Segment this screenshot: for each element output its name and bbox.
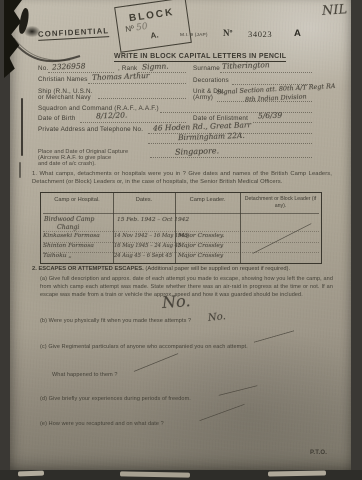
field-enlist-line	[253, 122, 312, 123]
field-address-label: Private Address and Telephone No.	[38, 126, 143, 133]
handwritten-slash-detachment	[252, 223, 311, 254]
table-row-dates: 16 May 1945 – 24 Aug 45	[114, 243, 181, 249]
stamp-word: BLOCK	[128, 7, 175, 24]
field-decorations-label: Decorations	[193, 77, 229, 84]
table-row-camp: Birdwood Camp	[44, 216, 94, 223]
field-capture-value: Singapore.	[175, 146, 219, 157]
handwritten-nil-note: NIL	[322, 2, 348, 19]
pto-note: P.T.O.	[310, 450, 327, 456]
field-no-value: 2326958	[52, 61, 86, 71]
field-address-value-line2: Birmingham 22A.	[178, 131, 245, 142]
table-header-camp: Camp or Hospital.	[41, 197, 113, 204]
binding-crease-mark	[21, 98, 23, 156]
section-2-heading-note: (Additional paper will be supplied on re…	[145, 266, 290, 272]
table-row-camp-line2: Changi	[57, 224, 79, 231]
table-row-camp: Kinkaseki Formosa	[43, 233, 100, 239]
field-ship-line	[98, 98, 186, 99]
field-enlist-value: 5/6/39	[258, 111, 282, 121]
table-row-camp: Shinton Formosa	[43, 243, 94, 249]
field-dob-value: 8/12/20.	[96, 110, 128, 120]
table-header-detachment: Detachment or Block Leader (if any).	[242, 196, 319, 209]
stamp-block-letter: A.	[150, 30, 159, 40]
scanned-document: NIL BLOCK Nº 50 A. CONFIDENTIAL M.I. 9 (…	[0, 0, 362, 480]
question-2d-text: (d) Give briefly your experiences during…	[40, 396, 240, 404]
binding-crease-mark	[19, 162, 21, 178]
table-row-leader: Major Crossley	[178, 253, 223, 259]
field-christian-label: Christian Names	[38, 76, 88, 83]
field-christian-value: Thomas Arthur	[92, 71, 150, 82]
question-2c2-text: What happened to them ?	[52, 372, 172, 380]
table-row-camp: Taihoku „	[43, 253, 72, 259]
table-row-leader: Major Crossley.	[178, 233, 224, 239]
field-no-label: No.	[38, 65, 48, 72]
ref-number: 34023	[248, 29, 272, 39]
field-ship-label-line2: or Merchant Navy	[38, 94, 91, 101]
camps-table: Camp or Hospital. Dates. Camp Leader. De…	[40, 192, 322, 264]
ref-no-label: Nº	[223, 28, 232, 38]
field-unit-label-line2: (Army)	[193, 94, 213, 101]
field-capture-line	[150, 157, 312, 158]
section-2-heading: 2. ESCAPES OR ATTEMPTED ESCAPES.	[32, 266, 144, 272]
table-row-dates: 24 Aug 45 – 6 Sept 45	[114, 253, 172, 259]
question-2c-text: (c) Give Regimental particulars of anyon…	[40, 344, 260, 352]
table-row-dates: 14 Nov 1942 – 16 May 1945	[114, 233, 188, 239]
stamp-no-label: Nº 50	[125, 22, 149, 35]
stamp-number: 50	[136, 22, 149, 33]
table-header-leader: Camp Leader.	[175, 197, 240, 204]
section-2-heading-row: 2. ESCAPES OR ATTEMPTED ESCAPES. (Additi…	[32, 266, 337, 272]
table-row-divider	[43, 231, 319, 232]
ref-department: M.I. 9 (JAP)	[180, 33, 208, 38]
field-christian-line	[88, 83, 186, 84]
answer-2a-no: No.	[161, 291, 191, 312]
question-1-text: 1. What camps, detachments or hospitals …	[32, 170, 332, 187]
answer-2b: No.	[207, 311, 226, 324]
table-header-dates: Dates.	[113, 197, 175, 204]
field-squadron-line	[160, 112, 312, 113]
torn-bottom-fragment	[18, 471, 44, 477]
table-header-divider	[43, 213, 319, 214]
field-rank-value: Sigmn.	[142, 62, 169, 72]
block-number-stamp: BLOCK Nº 50 A.	[114, 0, 192, 53]
ref-suffix: A	[294, 28, 301, 39]
torn-bottom-fragment	[268, 470, 326, 476]
field-address-line2	[148, 143, 312, 144]
field-surname-line	[220, 72, 312, 73]
field-capture-label-line3: and date of a/c crash).	[38, 161, 96, 167]
table-row-leader: Major Crossley	[178, 243, 223, 249]
field-unit-line	[217, 101, 312, 102]
table-row-dates: 15 Feb. 1942 – Oct 1942	[117, 217, 189, 223]
paper-page: NIL BLOCK Nº 50 A. CONFIDENTIAL M.I. 9 (…	[10, 0, 351, 470]
field-dob-label: Date of Birth	[38, 115, 76, 122]
field-surname-value: Titherington	[222, 60, 270, 71]
question-2e-text: (e) How were you recaptured and on what …	[40, 421, 220, 429]
field-surname-label: Surname	[193, 65, 220, 72]
